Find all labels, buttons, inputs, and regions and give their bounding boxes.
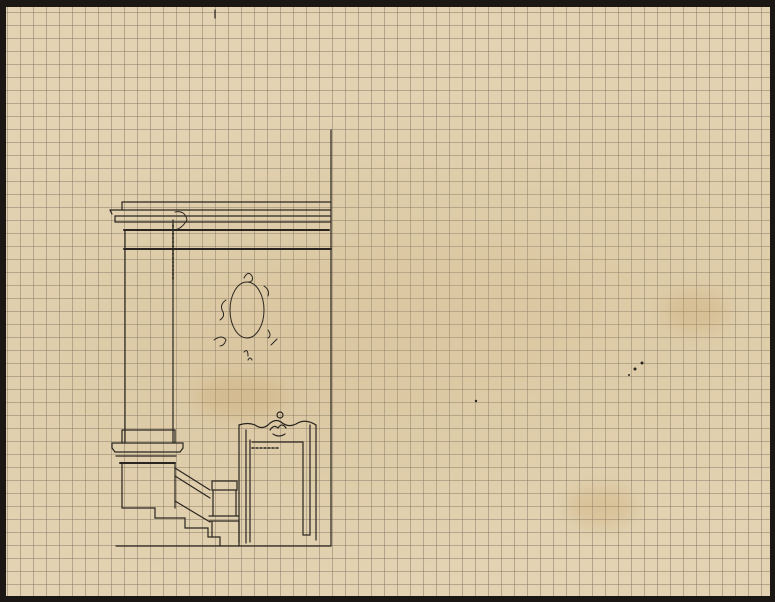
newel-post — [209, 481, 239, 546]
architectural-drawing — [0, 0, 775, 602]
oval-cartouche — [214, 273, 277, 360]
column — [125, 220, 173, 443]
entablature — [110, 202, 331, 249]
ink-spots — [475, 362, 644, 403]
staircase — [122, 468, 220, 546]
doorway — [239, 412, 316, 543]
column-base — [112, 430, 183, 508]
